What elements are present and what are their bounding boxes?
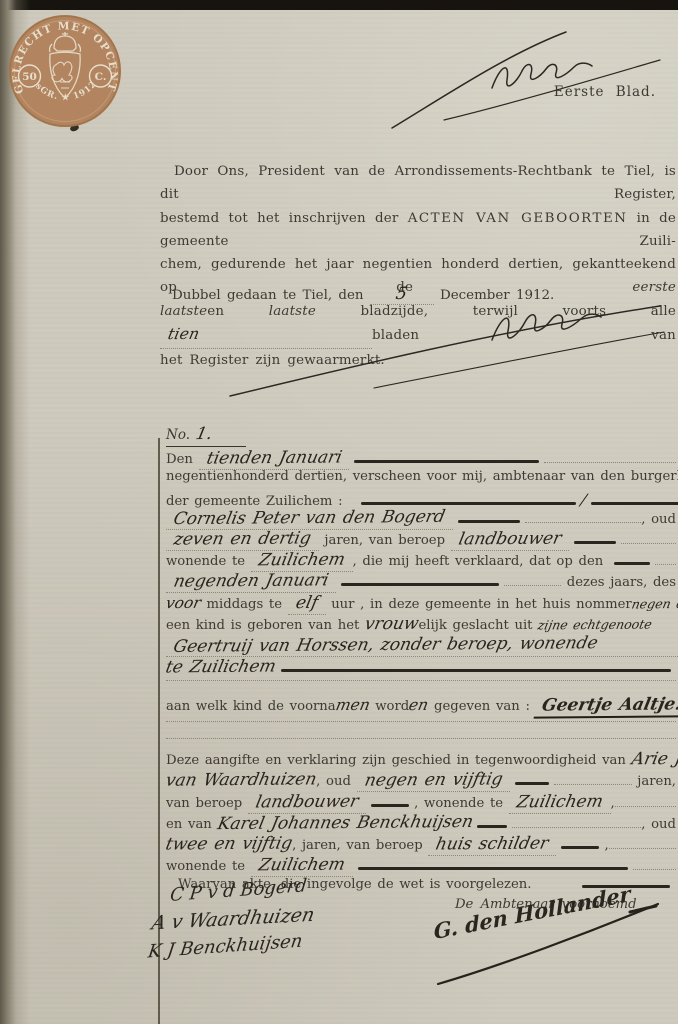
hw-act-number: 1.	[194, 424, 214, 444]
hw-declarant-profession: landbouwer	[457, 528, 563, 549]
dotted-leader	[633, 867, 677, 870]
residence-slot: Zuilichem	[251, 550, 353, 572]
dotted-leader	[655, 562, 676, 565]
printed-text: aan welk kind de voorna	[166, 699, 336, 714]
hour-house-line: voor middags te elf uur , in deze gemeen…	[166, 593, 676, 614]
printed-text: der gemeente Zuilichem :	[166, 494, 343, 509]
hw-act-date: tienden Januari	[204, 447, 343, 468]
witness2-line: en van Karel Johannes Benckhuijsen, oud	[166, 813, 676, 834]
scan-top-edge	[0, 0, 678, 10]
witness2-age-profession-line: twee en vijftig, jaren, van beroep huis …	[166, 834, 676, 855]
printed-text: uur , in deze gemeente in het huis nomme…	[326, 597, 632, 612]
hw-hour: elf	[294, 593, 320, 613]
mother-slot: Geertruij van Horssen, zonder beroep, wo…	[166, 635, 678, 657]
hw-day-5: 5	[394, 284, 409, 304]
hw-witness1-firstnames: Arie Jan	[630, 749, 678, 770]
municipality-line: der gemeente Zuilichem :/	[166, 491, 676, 508]
blank-dotted-line	[166, 678, 676, 695]
day-fill-in-slot: 5	[370, 284, 434, 305]
age-profession-line: zeven en dertig jaren, van beroep landbo…	[166, 529, 676, 550]
age-slot: zeven en dertig	[166, 529, 319, 551]
preamble-text: bladzijde, terwijl voorts alle	[316, 304, 676, 319]
birth-act: No. 1. Den tienden Januari negentienhond…	[166, 424, 676, 912]
preamble-text: het Register zijn gewaarmerkt.	[160, 353, 385, 368]
mother-residence-line: te Zuilichem	[166, 657, 676, 678]
appeared-line: negentienhonderd dertien, verscheen voor…	[166, 469, 676, 490]
hw-witness1-age: negen en vijftig	[362, 770, 504, 791]
dotted-leader	[512, 825, 641, 828]
printed-text: een kind is geboren van het	[166, 618, 365, 633]
printed-text: Deze aangifte en verklaring zijn geschie…	[166, 753, 632, 768]
act-left-rule	[158, 438, 160, 1024]
witness2-residence-slot: Zuilichem	[251, 855, 353, 877]
fill-in-slot: tien	[160, 323, 372, 349]
printed-text: , oud	[641, 512, 676, 527]
printed-text: dezes jaars, des	[561, 575, 676, 590]
preamble-text: en	[207, 304, 269, 319]
hw-mother-name: Geertruij van Horssen, zonder beroep, wo…	[172, 634, 600, 658]
date-line: Den tienden Januari	[166, 448, 676, 469]
witness1-profession-slot: landbouwer	[248, 792, 366, 814]
revenue-stamp-icon: ZEGELRECHT MET OPCENTEN 'sGR. ★ 1912 50 …	[8, 14, 122, 128]
printed-text: wonende te	[166, 859, 251, 874]
word-eerste-italic: eerste	[632, 280, 676, 295]
word-laatste-italic: laatste	[160, 304, 207, 319]
printed-text: negentienhonderd dertien, verscheen voor…	[166, 469, 678, 484]
declarant-slot: Cornelis Peter van den Bogerd	[166, 508, 453, 530]
hw-birth-date: negenden Januari	[172, 571, 331, 592]
hw-en-suffix: en	[407, 696, 430, 714]
acts-of-birth-caps: ACTEN VAN GEBOORTEN	[408, 211, 628, 226]
hw-slash: /	[579, 491, 588, 509]
hw-witness2-residence: Zuilichem	[257, 855, 347, 876]
witness1-profession-line: van beroep landbouwer, wonende te Zuilic…	[166, 792, 676, 813]
void-dash	[574, 541, 616, 544]
void-dash	[371, 804, 409, 807]
preamble-text: bestemd tot het inschrijven der	[160, 211, 408, 226]
dotted-leader	[621, 541, 676, 544]
preamble-line-2: bestemd tot het inschrijven der ACTEN VA…	[160, 207, 676, 254]
dotted-leader	[615, 804, 676, 807]
witnesses-intro-line: Deze aangifte en verklaring zijn geschie…	[166, 749, 676, 770]
void-dash	[561, 846, 599, 849]
hw-witness2-age: twee en vijftig	[164, 834, 294, 855]
hw-witness1-residence: Zuilichem	[515, 791, 605, 812]
book-binding-edge	[0, 0, 30, 1024]
hw-witness1-surname: van Waardhuizen	[164, 770, 319, 791]
birthdate-line: negenden Januari dezes jaars, des	[166, 571, 676, 592]
hw-mother-residence: te Zuilichem	[164, 656, 278, 677]
preamble-text: bladen van	[372, 328, 676, 343]
hour-slot: elf	[288, 593, 326, 615]
hw-declarant-age: zeven en dertig	[172, 528, 313, 549]
void-dash	[477, 825, 507, 828]
preamble-line-4: laatsteen laatstelaatstelaatstelaatste b…	[160, 300, 676, 350]
printed-text: , wonende te	[414, 796, 509, 811]
child-names-line: aan welk kind de voornamen worden gegeve…	[166, 695, 676, 719]
hw-men-suffix: men	[334, 696, 372, 714]
preamble-line-1: Door Ons, President van de Arrondissemen…	[160, 160, 676, 207]
den-label: Den	[166, 452, 199, 467]
act-number-line: No. 1.	[166, 424, 676, 448]
preamble: Door Ons, President van de Arrondissemen…	[160, 160, 676, 373]
hw-witness1-profession: landbouwer	[254, 791, 360, 812]
printed-text: middags te	[201, 597, 288, 612]
dotted-leader	[166, 678, 676, 681]
stamp-denomination-c: C.	[95, 71, 107, 83]
void-dash	[591, 502, 678, 505]
void-dash	[361, 502, 576, 505]
preamble-text: Door Ons, President van de Arrondissemen…	[160, 164, 676, 202]
revenue-stamp: ZEGELRECHT MET OPCENTEN 'sGR. ★ 1912 50 …	[8, 14, 122, 128]
hw-voor: voor	[164, 594, 203, 612]
dotted-leader	[166, 719, 676, 722]
dotted-leader	[554, 782, 631, 785]
void-dash	[354, 460, 539, 463]
void-dash-long	[281, 669, 671, 672]
blank-dotted-line	[166, 719, 676, 736]
hw-spouse-phrase: zijne echtgenoote	[537, 617, 654, 633]
hw-child-names: Geertje Aaltje.	[533, 694, 678, 718]
profession-slot: landbouwer	[451, 529, 569, 551]
act-number: No. 1.	[166, 424, 246, 447]
sheet-label: Eerste Blad.	[554, 84, 656, 100]
preamble-line-5: het Register zijn gewaarmerkt.	[160, 349, 676, 372]
void-dash	[515, 782, 549, 785]
hw-witness2-profession: huis schilder	[434, 834, 550, 855]
dateline: Dubbel gedaan te Tiel, den 5 December 19…	[172, 284, 554, 305]
witness1-line: van Waardhuizen, oud negen en vijftig ja…	[166, 770, 676, 791]
void-dash	[614, 562, 650, 565]
no-label: No.	[166, 427, 190, 443]
void-dash	[458, 520, 520, 523]
void-dash	[341, 583, 499, 586]
stamp-denomination-50: 50	[22, 71, 37, 83]
witness1-age-slot: negen en vijftig	[357, 770, 510, 792]
printed-text: , jaren, van beroep	[292, 838, 428, 853]
dateline-suffix: December 1912.	[434, 288, 555, 303]
residence-line: wonende te Zuilichem, die mij heeft verk…	[166, 550, 676, 571]
hw-witness2-name: Karel Johannes Benckhuijsen	[215, 812, 474, 834]
dotted-leader	[504, 583, 561, 586]
printed-text: gegeven van :	[428, 699, 535, 714]
printed-text: wonende te	[166, 554, 251, 569]
dotted-leader	[609, 846, 676, 849]
blank-dotted-line	[166, 736, 676, 749]
dateline-prefix: Dubbel gedaan te Tiel, den	[172, 288, 370, 303]
printed-text: word	[370, 699, 410, 714]
printed-text: elijk geslacht uit	[418, 618, 538, 633]
declarant-line: Cornelis Peter van den Bogerd, oud	[166, 508, 676, 529]
dotted-leader	[544, 460, 676, 463]
dotted-leader	[525, 520, 642, 523]
hw-tien: tien	[166, 323, 202, 347]
witness2-profession-slot: huis schilder	[428, 834, 556, 856]
date-slot: tienden Januari	[199, 448, 350, 470]
printed-text: van beroep	[166, 796, 248, 811]
printed-text: , oud	[316, 774, 356, 789]
printed-text: jaren,	[632, 774, 676, 789]
printed-text: en van	[166, 817, 218, 832]
dotted-leader	[166, 736, 676, 739]
hw-declarant-residence: Zuilichem	[257, 550, 347, 571]
printed-text: , die mij heeft verklaard, dat op den	[353, 554, 609, 569]
witness2-residence-line: wonende te Zuilichem	[166, 855, 676, 876]
void-dash-long	[358, 867, 628, 870]
mother-line: Geertruij van Horssen, zonder beroep, wo…	[166, 635, 676, 656]
hw-house-number: negen en vijftig	[630, 595, 678, 611]
hw-declarant-name: Cornelis Peter van den Bogerd	[172, 506, 447, 528]
witness1-residence-slot: Zuilichem	[509, 792, 611, 814]
hw-sex: vrouw	[363, 614, 421, 634]
printed-text: , oud	[641, 817, 676, 832]
laatste-italic: laatste	[269, 304, 316, 319]
birthdate-slot: negenden Januari	[166, 571, 336, 593]
printed-text: jaren, van beroep	[319, 533, 451, 548]
